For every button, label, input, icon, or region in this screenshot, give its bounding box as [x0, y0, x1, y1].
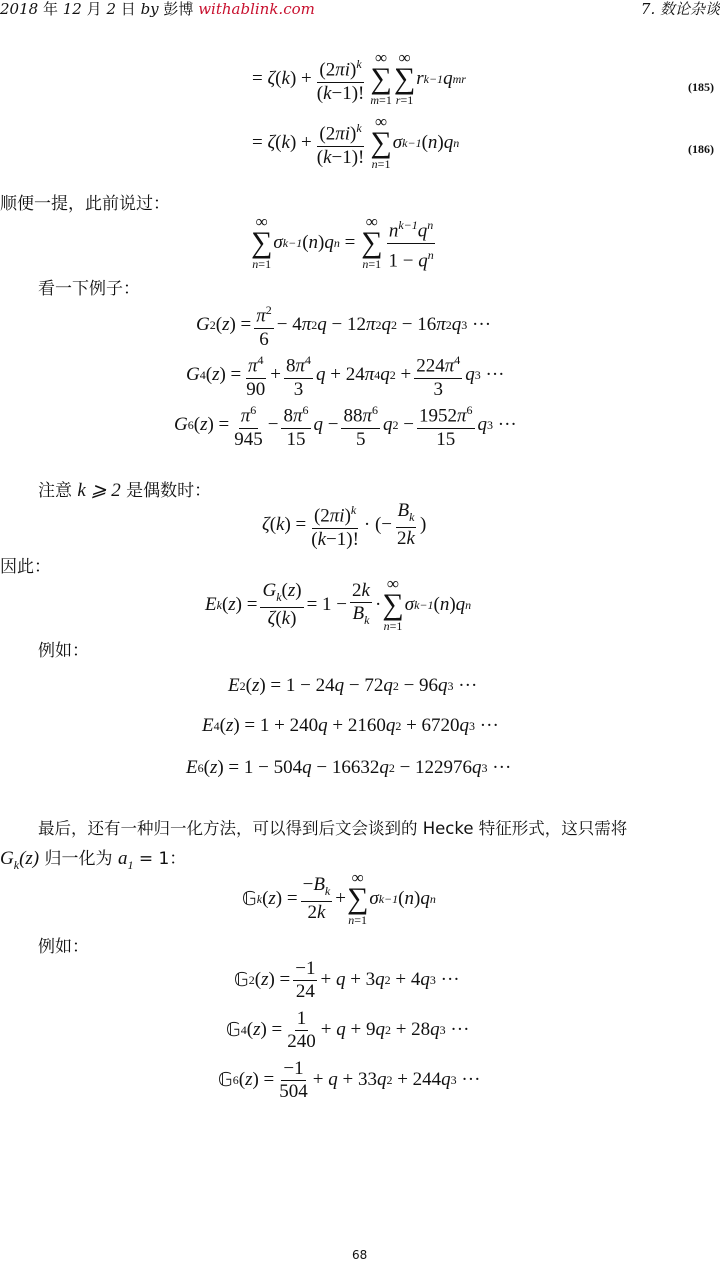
running-header-left: 2018 年 12 月 2 日 by 彭博 withablink.com [0, 0, 315, 18]
text-by-the-way: 顺便一提，此前说过： [0, 193, 170, 215]
equation-e6: E6(z) = 1 − 504q − 16632q2 − 122976q3 ··… [186, 754, 511, 782]
running-header-section: 7. 数论杂谈 [641, 0, 720, 18]
header-site-link[interactable]: withablink.com [198, 0, 315, 18]
equation-number-186: (186) [688, 142, 714, 157]
header-author: 彭博 [163, 0, 193, 18]
header-day: 2 [106, 0, 116, 18]
header-by: by [141, 0, 159, 18]
equation-bbg2: 𝔾2(z) = −124+ q + 3q2 + 4q3 ··· [234, 955, 460, 1005]
text-for-example-2: 例如： [38, 936, 89, 958]
equation-g2: G2(z) = π26 − 4π2q − 12π2q2 − 16π2q3 ··· [196, 300, 491, 350]
equation-185: = ζ(k) + (2πi)k(k−1)! ∞∑m=1 ∞∑r=1 rk−1qm… [252, 48, 466, 110]
equation-zeta-bernoulli: ζ(k) = (2πi)k(k−1)! · (− Bk2k) [262, 500, 426, 550]
text-therefore: 因此： [0, 556, 51, 578]
text-for-example-1: 例如： [38, 640, 89, 662]
header-year: 2018 [0, 0, 38, 18]
header-year-char: 年 [43, 0, 58, 18]
equation-hecke-normalized-gk: 𝔾k(z) = −Bk2k+ ∞∑n=1 σk−1(n)qn [242, 868, 436, 930]
equation-number-185: (185) [688, 80, 714, 95]
text-note-even-k: 注意 k ⩾ 2 是偶数时： [38, 480, 211, 502]
note-suffix: 是偶数时： [126, 481, 211, 501]
equals-one-text: = 1： [139, 849, 186, 869]
equation-186: = ζ(k) + (2πi)k(k−1)! ∞∑n=1 σk−1(n)qn [252, 112, 459, 174]
equation-ek-normalized: Ek(z) = Gk(z)ζ(k) = 1 − 2kBk· ∞∑n=1 σk−1… [205, 574, 471, 636]
equation-bbg4: 𝔾4(z) = 1240+ q + 9q2 + 28q3 ··· [226, 1005, 469, 1055]
header-day-char: 日 [121, 0, 136, 18]
normalize-to-text: 归一化为 [45, 849, 113, 869]
text-final-paragraph-line1: 最后，还有一种归一化方法，可以得到后文会谈到的 Hecke 特征形式，这只需将 [38, 818, 627, 840]
note-variable: k ⩾ 2 [77, 480, 120, 501]
page-number: 68 [352, 1248, 367, 1262]
note-prefix: 注意 [38, 481, 72, 501]
equation-e2: E2(z) = 1 − 24q − 72q2 − 96q3 ··· [228, 672, 477, 700]
equation-g4: G4(z) = π490+ 8π43q + 24π4q2 + 224π43q3 … [186, 350, 505, 400]
header-month-char: 月 [87, 0, 102, 18]
text-look-examples: 看一下例子： [38, 278, 140, 300]
equation-g6: G6(z) = π6945− 8π615q − 88π65q2 − 1952π6… [174, 400, 517, 450]
text-final-paragraph-line2: Gk(z) 归一化为 a1 = 1： [0, 848, 186, 876]
equation-e4: E4(z) = 1 + 240q + 2160q2 + 6720q3 ··· [202, 712, 499, 740]
equation-bbg6: 𝔾6(z) = −1504+ q + 33q2 + 244q3 ··· [218, 1055, 480, 1105]
header-month: 12 [63, 0, 82, 18]
a1-symbol: a [118, 848, 128, 869]
gk-symbol: G [0, 848, 14, 869]
equation-lambert-series: ∞∑n=1 σk−1(n)qn = ∞∑n=1 nk−1qn1 − qn [250, 212, 439, 274]
